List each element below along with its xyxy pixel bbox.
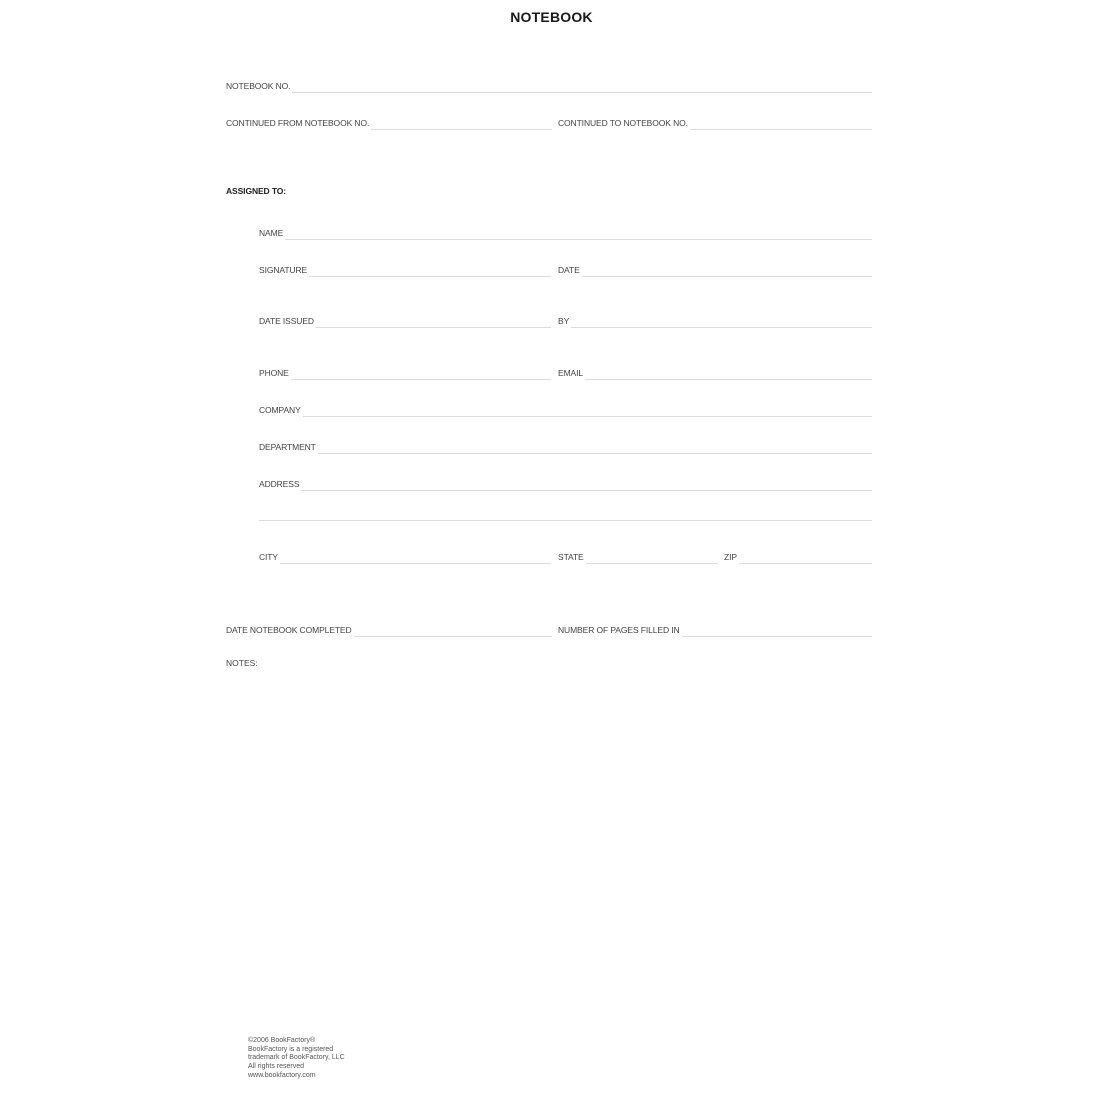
date-field[interactable]: DATE <box>558 258 872 272</box>
address-label: ADDRESS <box>259 480 301 489</box>
company-field[interactable]: COMPANY <box>259 398 872 412</box>
notebook-no-field[interactable]: NOTEBOOK NO. <box>226 74 872 88</box>
state-input[interactable] <box>586 563 718 564</box>
department-input[interactable] <box>318 453 872 454</box>
city-field[interactable]: CITY <box>259 545 551 559</box>
company-label: COMPANY <box>259 406 303 415</box>
by-label: BY <box>558 317 571 326</box>
date-completed-label: DATE NOTEBOOK COMPLETED <box>226 626 354 635</box>
continued-to-label: CONTINUED TO NOTEBOOK NO. <box>558 119 690 128</box>
continued-to-field[interactable]: CONTINUED TO NOTEBOOK NO. <box>558 111 872 125</box>
notebook-no-label: NOTEBOOK NO. <box>226 82 292 91</box>
address-input[interactable] <box>301 490 872 491</box>
department-label: DEPARTMENT <box>259 443 318 452</box>
zip-label: ZIP <box>724 553 739 562</box>
date-input[interactable] <box>582 276 872 277</box>
notebook-no-input[interactable] <box>292 92 872 93</box>
by-field[interactable]: BY <box>558 309 872 323</box>
footer-line: ©2006 BookFactory® <box>248 1037 345 1046</box>
phone-field[interactable]: PHONE <box>259 361 551 375</box>
page-title: NOTEBOOK <box>0 9 1100 25</box>
address-field[interactable]: ADDRESS <box>259 472 872 486</box>
copyright-footer: ©2006 BookFactory® BookFactory is a regi… <box>248 1037 345 1081</box>
state-field[interactable]: STATE <box>558 545 718 559</box>
pages-filled-label: NUMBER OF PAGES FILLED IN <box>558 626 682 635</box>
state-label: STATE <box>558 553 586 562</box>
phone-input[interactable] <box>291 379 551 380</box>
city-input[interactable] <box>280 563 551 564</box>
email-field[interactable]: EMAIL <box>558 361 872 375</box>
continued-to-input[interactable] <box>690 129 872 130</box>
signature-field[interactable]: SIGNATURE <box>259 258 551 272</box>
date-completed-field[interactable]: DATE NOTEBOOK COMPLETED <box>226 618 552 632</box>
continued-from-label: CONTINUED FROM NOTEBOOK NO. <box>226 119 371 128</box>
footer-line: www.bookfactory.com <box>248 1072 345 1081</box>
zip-input[interactable] <box>739 563 872 564</box>
department-field[interactable]: DEPARTMENT <box>259 435 872 449</box>
continued-from-field[interactable]: CONTINUED FROM NOTEBOOK NO. <box>226 111 552 125</box>
signature-label: SIGNATURE <box>259 266 309 275</box>
assigned-to-heading: ASSIGNED TO: <box>226 186 286 196</box>
signature-input[interactable] <box>309 276 551 277</box>
date-label: DATE <box>558 266 582 275</box>
city-label: CITY <box>259 553 280 562</box>
pages-filled-field[interactable]: NUMBER OF PAGES FILLED IN <box>558 618 872 632</box>
name-input[interactable] <box>285 239 872 240</box>
date-issued-input[interactable] <box>316 327 551 328</box>
zip-field[interactable]: ZIP <box>724 545 872 559</box>
address-line-2[interactable] <box>259 520 872 521</box>
email-input[interactable] <box>585 379 872 380</box>
notes-area[interactable] <box>226 675 872 1015</box>
continued-from-input[interactable] <box>371 129 552 130</box>
footer-line: BookFactory is a registered <box>248 1046 345 1055</box>
footer-line: All rights reserved <box>248 1063 345 1072</box>
date-completed-input[interactable] <box>354 636 552 637</box>
email-label: EMAIL <box>558 369 585 378</box>
name-field[interactable]: NAME <box>259 221 872 235</box>
date-issued-label: DATE ISSUED <box>259 317 316 326</box>
by-input[interactable] <box>571 327 872 328</box>
phone-label: PHONE <box>259 369 291 378</box>
footer-line: trademark of BookFactory, LLC <box>248 1054 345 1063</box>
pages-filled-input[interactable] <box>682 636 872 637</box>
company-input[interactable] <box>303 416 872 417</box>
name-label: NAME <box>259 229 285 238</box>
notes-label: NOTES: <box>226 658 258 668</box>
date-issued-field[interactable]: DATE ISSUED <box>259 309 551 323</box>
